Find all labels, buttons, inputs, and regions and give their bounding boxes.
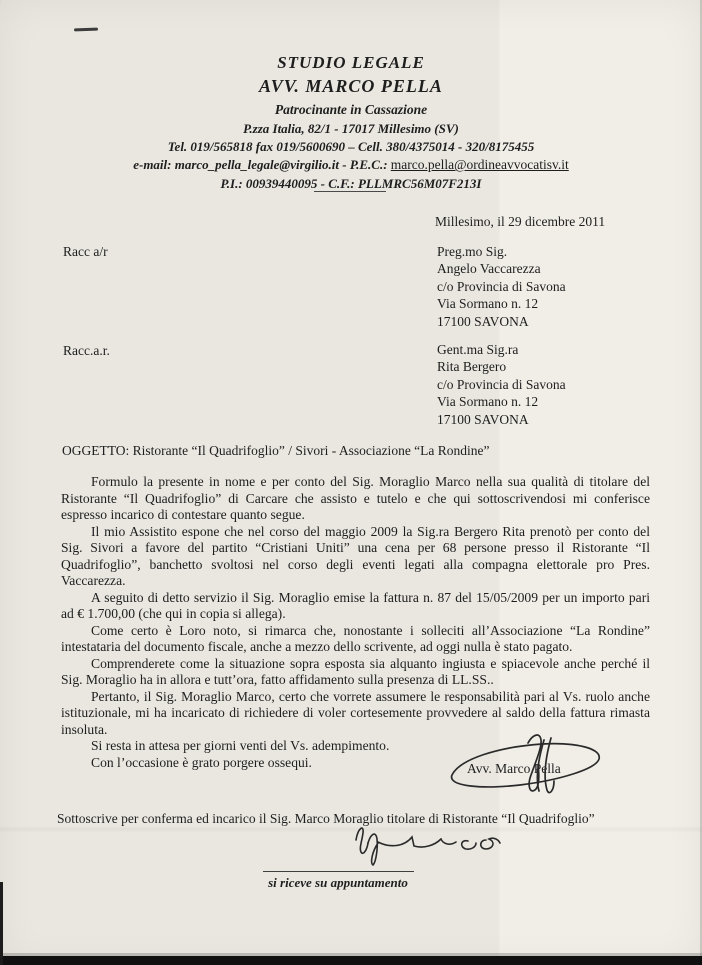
recipient-line: 17100 SAVONA [437, 411, 566, 428]
recipient-line: Preg.mo Sig. [437, 243, 566, 260]
recipient-block-1: Preg.mo Sig. Angelo Vaccarezza c/o Provi… [437, 243, 566, 330]
signature-scribble-svg [350, 820, 502, 870]
recipient-line: Rita Bergero [437, 358, 566, 375]
recipient-block-2: Gent.ma Sig.ra Rita Bergero c/o Provinci… [437, 341, 566, 428]
date-line: Millesimo, il 29 dicembre 2011 [435, 214, 605, 230]
footer-note: si riceve su appuntamento [238, 875, 438, 891]
scanned-letter-page: STUDIO LEGALE AVV. MARCO PELLA Patrocina… [0, 0, 702, 965]
lawyer-handwritten-signature [438, 731, 610, 803]
pec-label: P.E.C.: [350, 157, 388, 172]
body-paragraph: Come certo è Loro noto, si rimarca che, … [61, 623, 650, 656]
body-paragraph: Formulo la presente in nome e per conto … [61, 474, 650, 524]
recipient-line: Angelo Vaccarezza [437, 260, 566, 277]
letterhead-divider-rule [314, 191, 386, 192]
subject-line: OGGETTO: Ristorante “Il Quadrifoglio” / … [62, 443, 662, 459]
client-handwritten-signature [350, 820, 502, 870]
body-paragraph: Comprenderete come la situazione sopra e… [61, 656, 650, 689]
registered-mail-tag-1: Racc a/r [63, 244, 108, 260]
letterhead-vat-cf: P.I.: 00939440095 - C.F.: PLLMRC56M07F21… [0, 176, 702, 192]
recipient-line: Via Sormano n. 12 [437, 393, 566, 410]
body-paragraph: A seguito di detto servizio il Sig. Mora… [61, 590, 650, 623]
scan-edge-bottom [0, 956, 702, 965]
letterhead-email-line: e-mail: marco_pella_legale@virgilio.it -… [0, 157, 702, 174]
letterhead-address: P.zza Italia, 82/1 - 17017 Millesimo (SV… [0, 121, 702, 137]
recipient-line: Gent.ma Sig.ra [437, 341, 566, 358]
scan-edge-left [0, 882, 3, 965]
recipient-line: c/o Provincia di Savona [437, 376, 566, 393]
letter-body: Formulo la presente in nome e per conto … [61, 474, 650, 771]
pec-address: marco.pella@ordineavvocatisv.it [391, 157, 569, 172]
body-paragraph: Il mio Assistito espone che nel corso de… [61, 524, 650, 590]
recipient-line: c/o Provincia di Savona [437, 278, 566, 295]
letterhead: STUDIO LEGALE AVV. MARCO PELLA Patrocina… [0, 52, 702, 192]
recipient-line: Via Sormano n. 12 [437, 295, 566, 312]
lawyer-qualification: Patrocinante in Cassazione [0, 102, 702, 119]
signature-scribble-svg [438, 731, 610, 803]
firm-name: STUDIO LEGALE [0, 52, 702, 73]
email-separator: - [342, 157, 346, 172]
email-address: e-mail: marco_pella_legale@virgilio.it [133, 157, 339, 172]
handwritten-pen-mark [74, 28, 98, 31]
registered-mail-tag-2: Racc.a.r. [63, 343, 110, 359]
lawyer-name: AVV. MARCO PELLA [0, 75, 702, 98]
recipient-line: 17100 SAVONA [437, 313, 566, 330]
letterhead-phones: Tel. 019/565818 fax 019/5600690 – Cell. … [0, 139, 702, 155]
footer-rule [263, 871, 414, 872]
